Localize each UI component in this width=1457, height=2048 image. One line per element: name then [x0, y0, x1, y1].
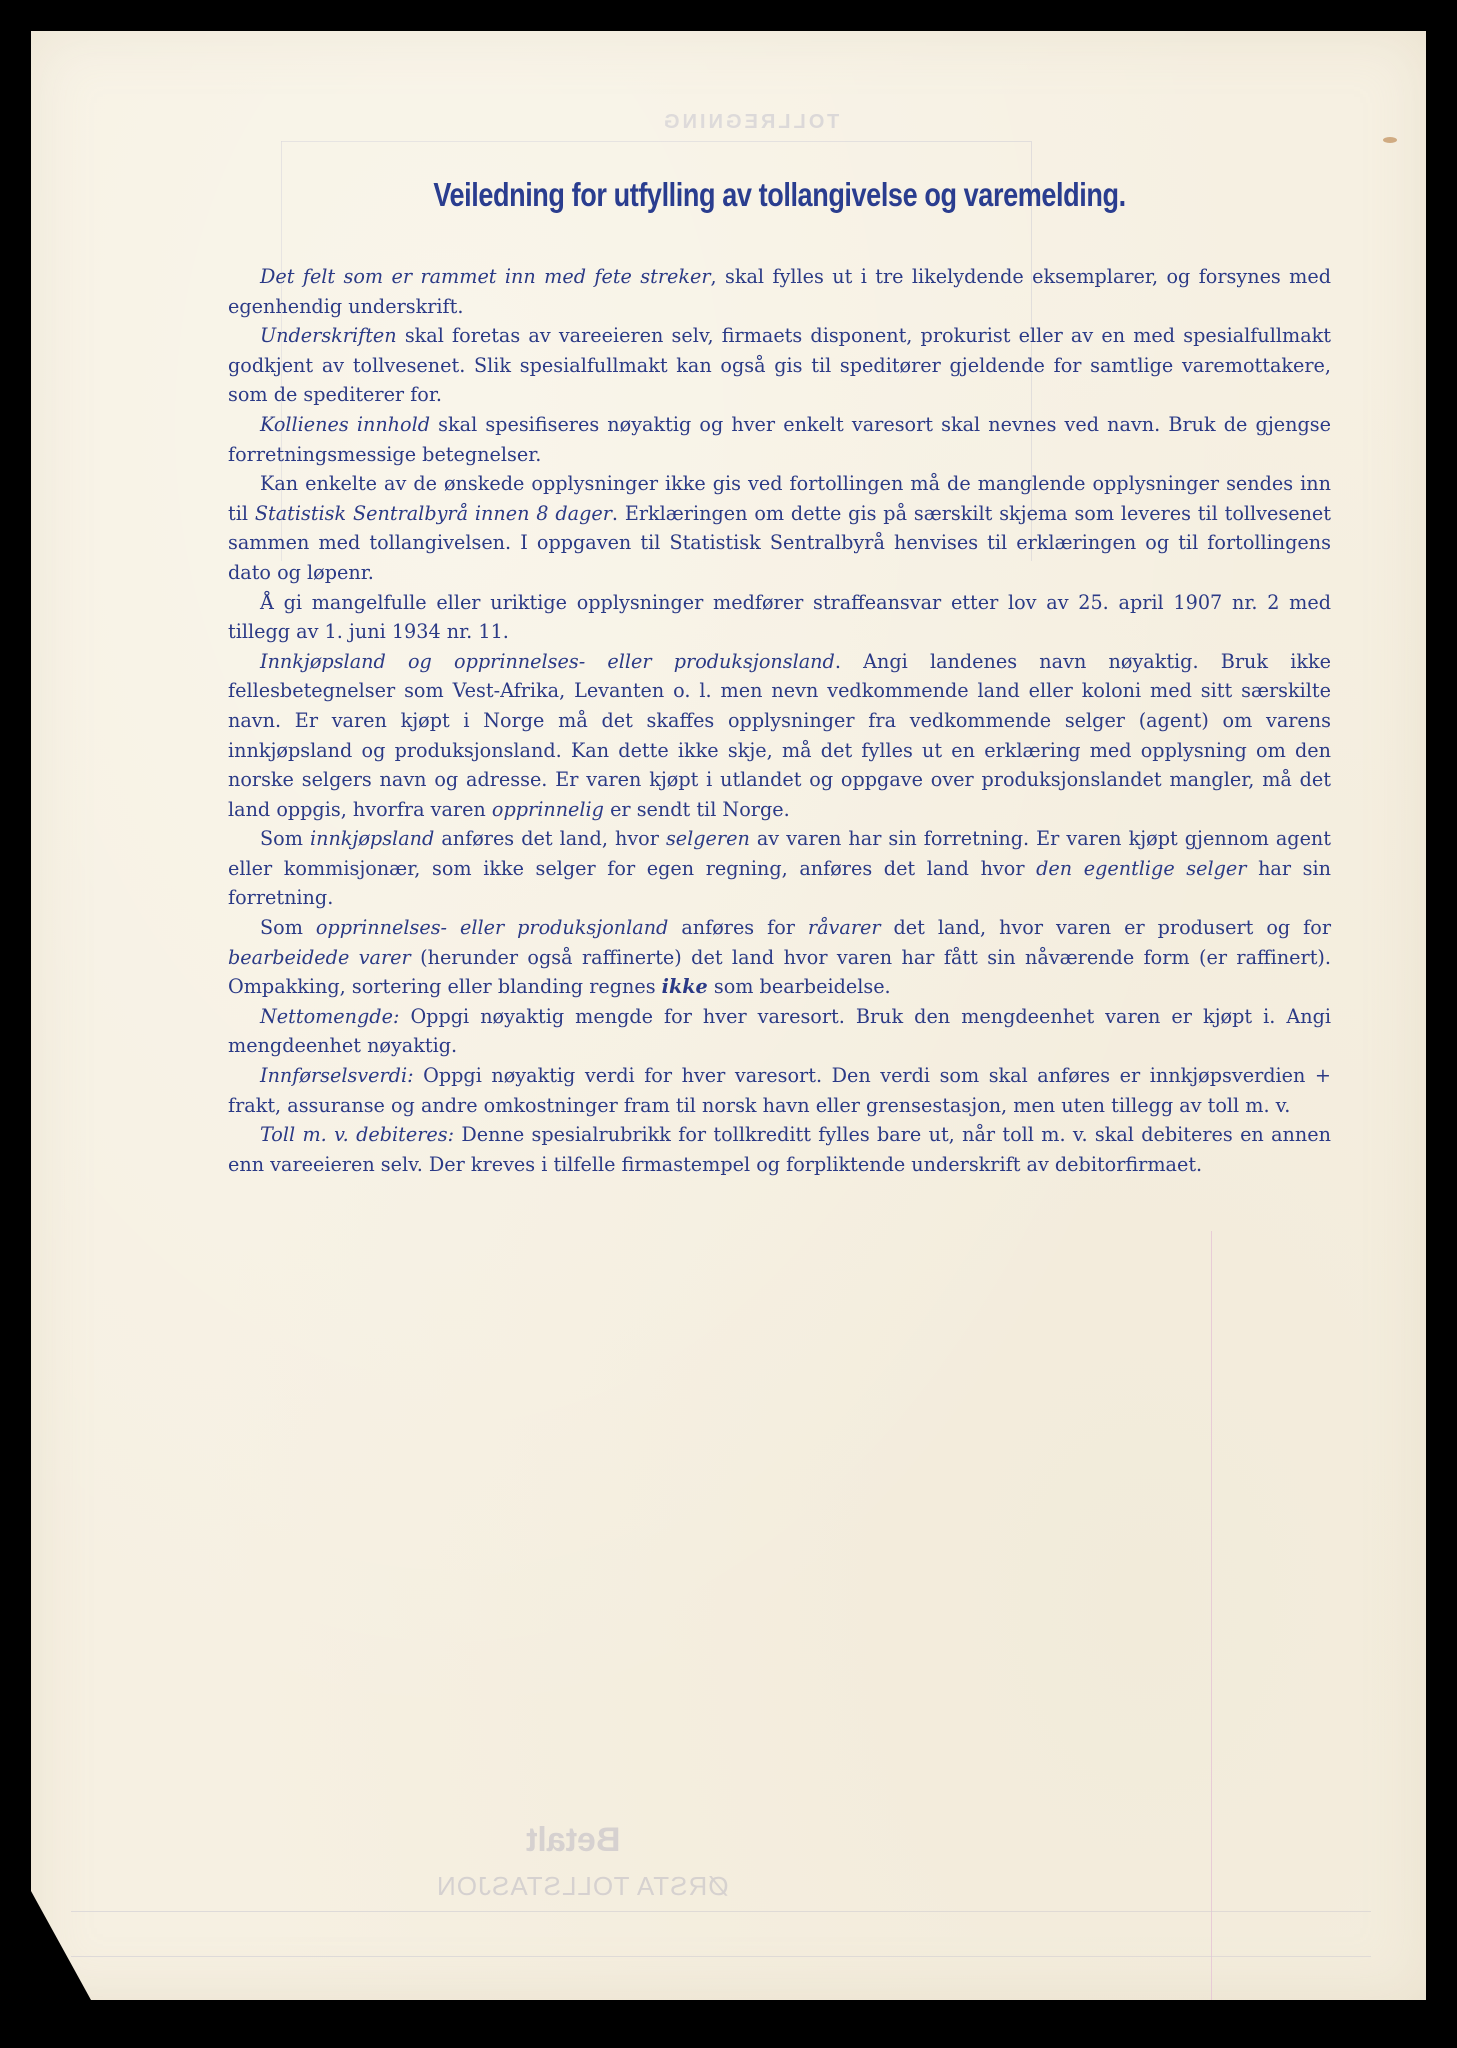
paper-stain: [1383, 137, 1397, 143]
instruction-paragraph: Nettomengde: Oppgi nøyaktig mengde for h…: [228, 1002, 1331, 1061]
emphasis-text: Toll m. v. debiteres:: [260, 1123, 454, 1146]
body-text: er sendt til Norge.: [604, 798, 790, 821]
emphasis-text: den egentlige selger: [1036, 857, 1246, 880]
page-title: Veiledning for utfylling av tollangivels…: [327, 176, 1231, 214]
instruction-paragraph: Kan enkelte av de ønskede opplysninger i…: [228, 469, 1331, 587]
body-text: det land, hvor varen er produsert og for: [881, 916, 1331, 939]
body-text: som bearbeidelse.: [708, 975, 891, 998]
instruction-paragraph: Som innkjøpsland anføres det land, hvor …: [228, 824, 1331, 913]
emphasis-text: Kollienes innhold: [260, 413, 430, 436]
emphasis-text: råvarer: [808, 916, 881, 939]
show-through-rule: [71, 1911, 1371, 1912]
body-text: anføres det land, hvor: [434, 827, 666, 850]
body-text: anføres for: [668, 916, 808, 939]
instruction-paragraph: Å gi mangelfulle eller uriktige opplysni…: [228, 588, 1331, 647]
emphasis-text: opprinnelig: [492, 798, 604, 821]
instruction-paragraph: Toll m. v. debiteres: Denne spesialrubri…: [228, 1120, 1331, 1179]
show-through-header: TOLLREGNING: [661, 111, 839, 134]
emphasis-text: Underskriften: [260, 324, 397, 347]
emphasis-text: innkjøpsland: [310, 827, 434, 850]
instruction-paragraph: Det felt som er rammet inn med fete stre…: [228, 262, 1331, 321]
emphasis-text: opprinnelses- eller produksjonland: [316, 916, 668, 939]
instruction-paragraph: Kollienes innhold skal spesifiseres nøya…: [228, 410, 1331, 469]
emphasis-text: bearbeidede varer: [228, 946, 411, 969]
emphasis-text: Statistisk Sentralbyrå innen 8 dager: [255, 502, 612, 525]
emphasis-text: Det felt som er rammet inn med fete stre…: [260, 265, 711, 288]
body-text: . Angi landenes navn nøyaktig. Bruk ikke…: [228, 650, 1331, 821]
show-through-stamp-paid: Betalt: [526, 1821, 620, 1860]
paragraph-list: Det felt som er rammet inn med fete stre…: [228, 262, 1331, 1179]
body-text: Som: [260, 827, 310, 850]
show-through-rule: [281, 141, 1031, 142]
emphasis-text: Innførselsverdi:: [260, 1064, 414, 1087]
instruction-paragraph: Innkjøpsland og opprinnelses- eller prod…: [228, 647, 1331, 825]
emphasis-text: Innkjøpsland og opprinnelses- eller prod…: [260, 650, 835, 673]
emphasis-text: selgeren: [666, 827, 750, 850]
instruction-paragraph: Som opprinnelses- eller produksjonland a…: [228, 913, 1331, 1002]
show-through-stamp-station: ØRSTA TOLLSTASJON: [436, 1871, 729, 1902]
emphasis-text: ikke: [662, 975, 708, 998]
body-text: Å gi mangelfulle eller uriktige opplysni…: [228, 591, 1331, 644]
instruction-paragraph: Underskriften skal foretas av vareeieren…: [228, 321, 1331, 410]
show-through-rule: [71, 1956, 1371, 1957]
body-text: Som: [260, 916, 316, 939]
emphasis-text: Nettomengde:: [260, 1005, 399, 1028]
instructions-content: Veiledning for utfylling av tollangivels…: [228, 176, 1331, 1179]
instruction-paragraph: Innførselsverdi: Oppgi nøyaktig verdi fo…: [228, 1061, 1331, 1120]
